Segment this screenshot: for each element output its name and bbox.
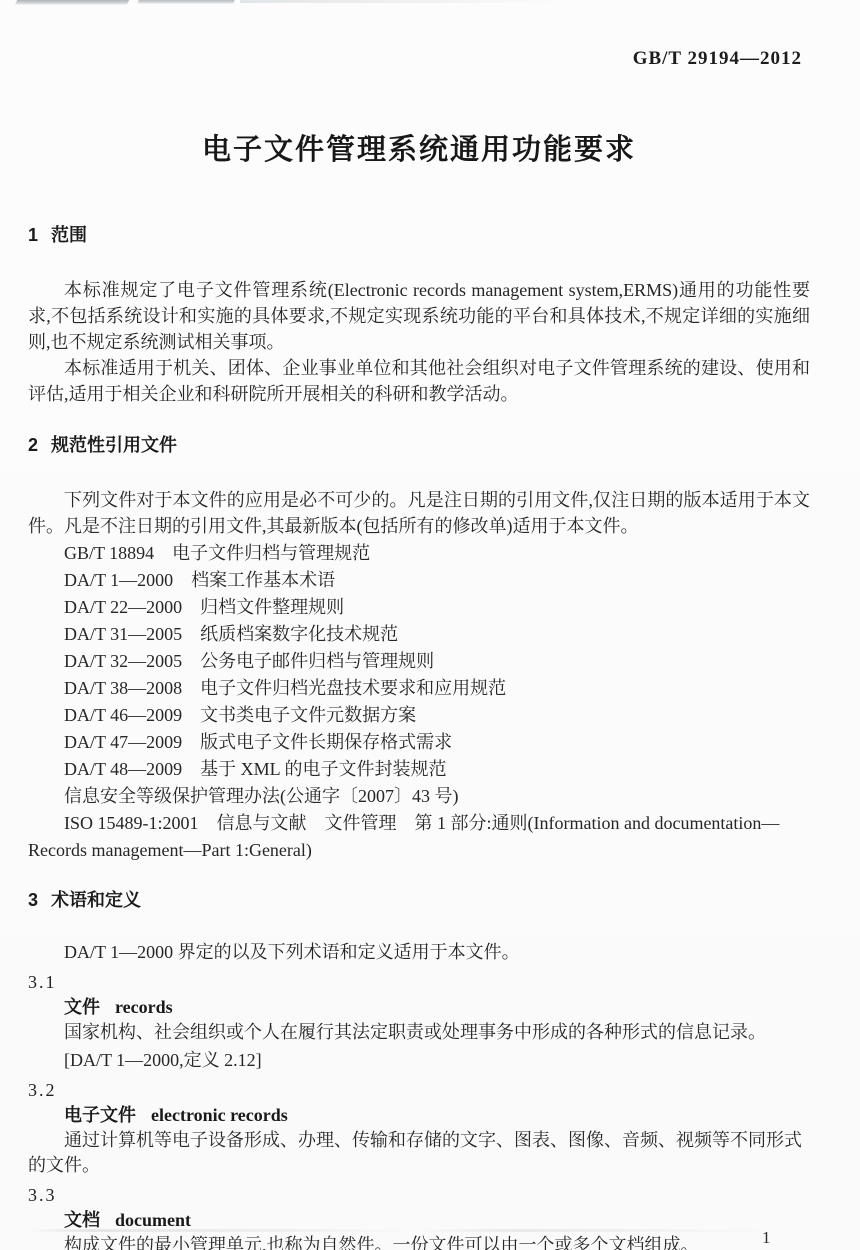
section-1-heading: 1范围 <box>28 169 810 247</box>
section-2-paragraph-1: 下列文件对于本文件的应用是必不可少的。凡是注日期的引用文件,仅注日期的版本适用于… <box>28 457 810 539</box>
term-3-1-source: [DA/T 1—2000,定义 2.12] <box>28 1045 810 1073</box>
reference-item: DA/T 48—2009 基于 XML 的电子文件封装规范 <box>28 756 810 783</box>
section-2-number: 2 <box>28 435 38 455</box>
section-1-paragraph-1: 本标准规定了电子文件管理系统(Electronic records manage… <box>28 247 810 355</box>
section-1-paragraph-2: 本标准适用于机关、团体、企业事业单位和其他社会组织对电子文件管理系统的建设、使用… <box>28 355 810 407</box>
section-3-number: 3 <box>28 890 38 910</box>
section-3-heading: 3术语和定义 <box>28 864 810 912</box>
section-1-number: 1 <box>28 225 38 245</box>
term-3-2-name: 电子文件electronic records <box>28 1103 810 1128</box>
section-3-title: 术语和定义 <box>51 890 141 910</box>
reference-item: DA/T 31—2005 纸质档案数字化技术规范 <box>28 621 810 648</box>
term-3-2-zh: 电子文件 <box>64 1105 136 1125</box>
term-3-3-number: 3.3 <box>28 1178 810 1208</box>
reference-item: DA/T 47—2009 版式电子文件长期保存格式需求 <box>28 729 810 756</box>
document-page: GB/T 29194—2012 电子文件管理系统通用功能要求 1范围 本标准规定… <box>0 0 860 1250</box>
page-content: GB/T 29194—2012 电子文件管理系统通用功能要求 1范围 本标准规定… <box>28 0 810 1250</box>
term-3-1-name: 文件records <box>28 995 810 1020</box>
reference-item: DA/T 22—2000 归档文件整理规则 <box>28 594 810 621</box>
term-3-2-en: electronic records <box>151 1105 288 1125</box>
term-3-3-zh: 文档 <box>64 1210 100 1230</box>
section-1-title: 范围 <box>51 225 87 245</box>
reference-item: DA/T 38—2008 电子文件归档光盘技术要求和应用规范 <box>28 675 810 702</box>
reference-item: DA/T 32—2005 公务电子邮件归档与管理规则 <box>28 648 810 675</box>
section-2-heading: 2规范性引用文件 <box>28 407 810 457</box>
page-number: 1 <box>762 1228 771 1248</box>
term-3-3-name: 文档document <box>28 1208 810 1233</box>
reference-item: DA/T 46—2009 文书类电子文件元数据方案 <box>28 702 810 729</box>
term-3-1-en: records <box>115 997 173 1017</box>
document-title: 电子文件管理系统通用功能要求 <box>28 70 810 169</box>
term-3-1-zh: 文件 <box>64 997 100 1017</box>
term-3-2-definition: 通过计算机等电子设备形成、办理、传输和存储的文字、图表、图像、音频、视频等不同形… <box>28 1128 810 1178</box>
section-2-title: 规范性引用文件 <box>51 435 177 455</box>
term-3-1-number: 3.1 <box>28 965 810 995</box>
term-3-2-number: 3.2 <box>28 1073 810 1103</box>
reference-item: 信息安全等级保护管理办法(公通字〔2007〕43 号) <box>28 783 810 810</box>
term-3-3-en: document <box>115 1210 191 1230</box>
term-3-1-definition: 国家机构、社会组织或个人在履行其法定职责或处理事务中形成的各种形式的信息记录。 <box>28 1020 810 1045</box>
reference-item: GB/T 18894 电子文件归档与管理规范 <box>28 540 810 567</box>
standard-code: GB/T 29194—2012 <box>28 0 810 70</box>
term-3-3-definition: 构成文件的最小管理单元,也称为自然件。一份文件可以由一个或多个文档组成。 <box>28 1233 810 1250</box>
reference-item: ISO 15489-1:2001 信息与文献 文件管理 第 1 部分:通则(In… <box>28 810 810 864</box>
reference-item: DA/T 1—2000 档案工作基本术语 <box>28 567 810 594</box>
reference-list: GB/T 18894 电子文件归档与管理规范 DA/T 1—2000 档案工作基… <box>28 539 810 864</box>
section-3-paragraph-1: DA/T 1—2000 界定的以及下列术语和定义适用于本文件。 <box>28 912 810 965</box>
